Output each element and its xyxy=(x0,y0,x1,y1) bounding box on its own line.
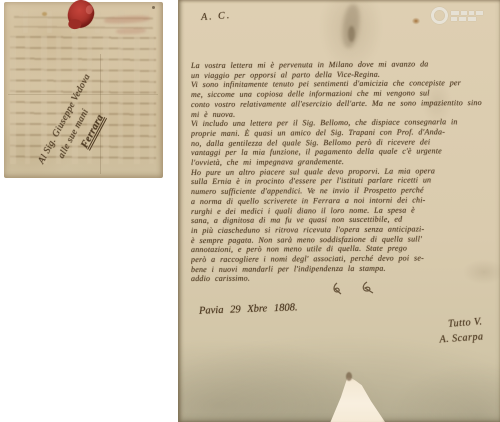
foxing-spot xyxy=(42,12,47,16)
manuscript-photo-stage: Al Sig. Giuseppe Vedova alle sue mani Fe… xyxy=(0,0,500,422)
signature-line: A. Scarpa xyxy=(439,329,484,347)
letter-body: La vostra lettera mi è pervenuta in Mila… xyxy=(191,60,495,283)
watermark-logo xyxy=(431,7,483,24)
paper-tear xyxy=(327,376,385,422)
pencil-annotation xyxy=(116,27,146,34)
dateline: Pavia 29 Xbre 1808. xyxy=(199,302,298,316)
circle-logo-stamp-icon xyxy=(431,7,448,24)
ink-flourish-marks xyxy=(331,280,381,298)
folded-letter-image[interactable]: Al Sig. Giuseppe Vedova alle sue mani Fe… xyxy=(4,2,163,178)
stamp-text-blocks xyxy=(451,11,483,21)
tear-edge-speck xyxy=(346,372,352,381)
ink-speck xyxy=(152,6,155,9)
signature-block: Tutto V. A. Scarpa xyxy=(438,315,484,348)
ink-smudge xyxy=(348,26,355,42)
salutation: A. C. xyxy=(201,10,232,23)
letter-page-image[interactable]: A. C. La vostra lettera mi è pervenuta i… xyxy=(178,0,500,422)
